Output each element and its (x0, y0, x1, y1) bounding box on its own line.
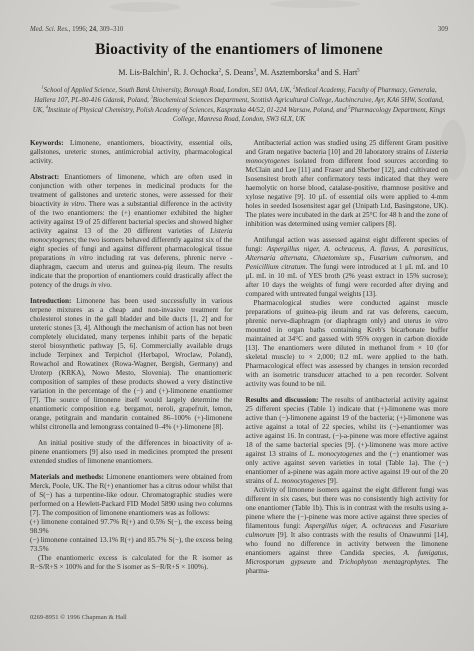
authors-line: M. Lis-Balchin1, R. J. Ochocka2, S. Dean… (30, 68, 448, 77)
scan-smudge (270, 0, 360, 8)
article-body: Keywords: Limonene, enantiomers, bioacti… (30, 139, 448, 576)
paragraph: Materials and methods: Limonene enantiom… (30, 473, 233, 518)
paragraph: An initial positive study of the differe… (30, 439, 233, 466)
page-number: 309 (438, 26, 448, 33)
paragraph: (−) limonene contained 13.1% R(+) and 85… (30, 536, 233, 554)
paper-title: Bioactivity of the enantiomers of limone… (30, 41, 448, 59)
paragraph: Keywords: Limonene, enantiomers, bioacti… (30, 139, 233, 166)
paragraph: Abstract: Enantiomers of limonene, which… (30, 173, 233, 290)
right-column: Antibacterial action was studied using 2… (246, 139, 449, 576)
page-header: Med. Sci. Res., 1996; 24, 309–310 309 (30, 26, 448, 33)
footer-copyright: 0269-8951 © 1996 Chapman & Hall (30, 614, 127, 621)
paragraph: Antifungal action was assessed against e… (246, 236, 449, 299)
paragraph: Antibacterial action was studied using 2… (246, 139, 449, 229)
journal-page: Med. Sci. Res., 1996; 24, 309–310 309 Bi… (0, 0, 474, 651)
paragraph: Introduction: Limonene has been used suc… (30, 297, 233, 432)
journal-reference: Med. Sci. Res., 1996; 24, 309–310 (30, 26, 123, 33)
scan-smudge (110, 2, 180, 12)
paragraph: Pharmacological studies were conducted a… (246, 299, 449, 389)
paragraph: Results and discussion: The results of a… (246, 396, 449, 486)
left-column: Keywords: Limonene, enantiomers, bioacti… (30, 139, 233, 576)
paragraph: (+) limonene contained 97.7% R(+) and 0.… (30, 518, 233, 536)
paragraph: Activity of limonene isomers against the… (246, 486, 449, 576)
affiliations: 1School of Applied Science, South Bank U… (30, 86, 448, 125)
paragraph: (The enantiomeric excess is calculated f… (30, 554, 233, 572)
